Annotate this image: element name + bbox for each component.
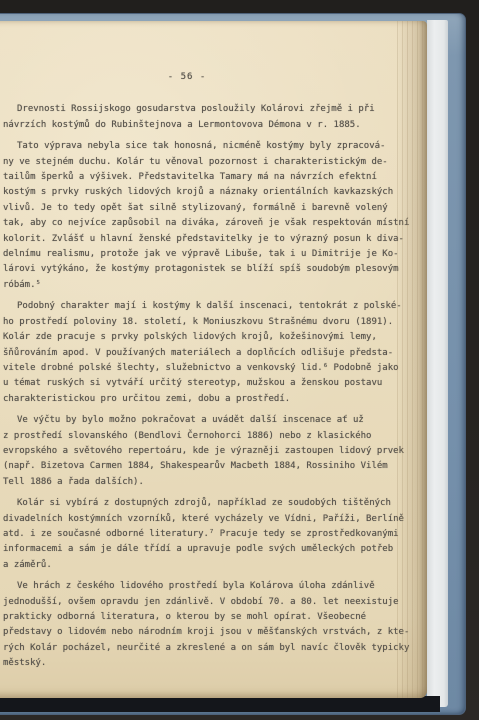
paragraph-1: Drevnosti Rossijskogo gosudarstva poslou… (3, 102, 415, 133)
paragraph-3: Podobný charakter mají i kostýmy k další… (3, 299, 415, 407)
paragraph-4: Ve výčtu by bylo možno pokračovat a uvád… (3, 413, 415, 490)
book-scan-scene: - 56 - Drevnosti Rossijskogo gosudarstva… (0, 0, 479, 720)
paragraph-2: Tato výprava nebyla sice tak honosná, ni… (3, 139, 415, 293)
page-number: - 56 - (0, 70, 393, 85)
paragraph-6: Ve hrách z českého lidového prostředí by… (3, 579, 415, 671)
page-text-block: - 56 - Drevnosti Rossijskogo gosudarstva… (0, 21, 427, 698)
book-board-shadow (0, 696, 440, 712)
paragraph-5: Kolár si vybírá z dostupných zdrojů, nap… (3, 496, 415, 573)
page-stack-edge (427, 20, 448, 707)
scanned-page: - 56 - Drevnosti Rossijskogo gosudarstva… (0, 21, 427, 698)
